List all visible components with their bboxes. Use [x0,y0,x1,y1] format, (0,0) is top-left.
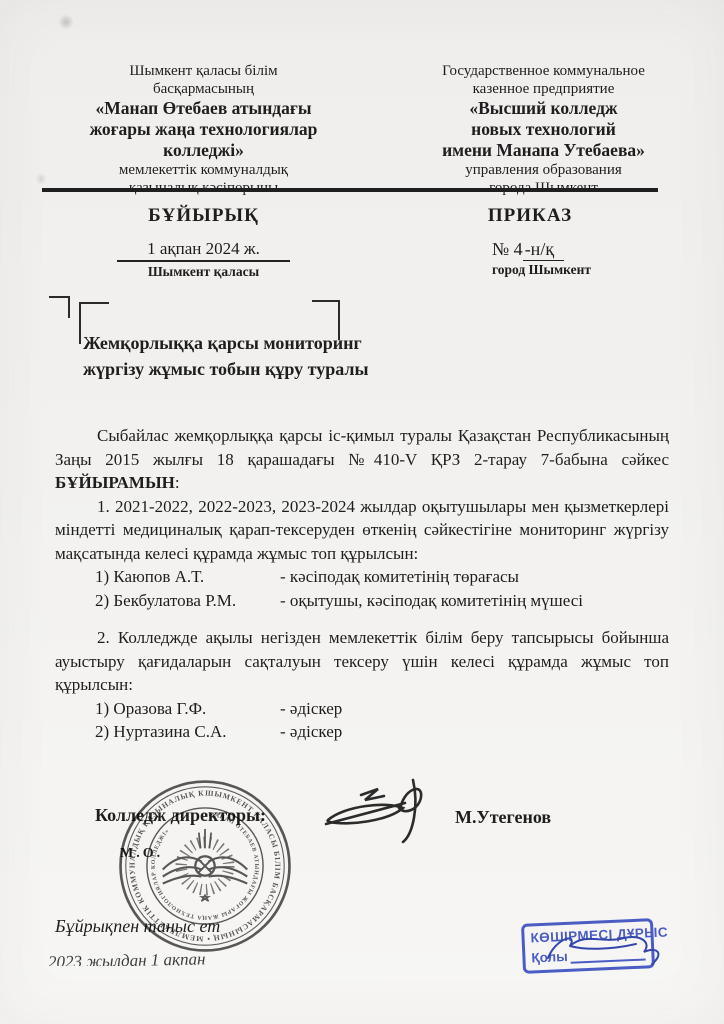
org-name-line: «Высший колледж [396,98,691,119]
org-type-line: Шымкент қаласы білім [56,62,351,80]
member-name: 1) Оразова Г.Ф. [95,697,280,721]
item-2-paragraph: 2. Колледжде ақылы негізден мемлекеттік … [55,626,669,697]
member-name: 2) Нуртазина С.А. [95,720,280,744]
order-date: 1 ақпан 2024 ж. [117,239,290,262]
org-name-line: новых технологий [396,119,691,140]
org-name-line: жоғары жаңа технологиялар [56,119,351,140]
seal-emblem-icon [163,829,247,901]
member-name: 1) Каюпов А.Т. [95,565,280,589]
intro-text: Сыбайлас жемқорлыққа қарсы іс-қимыл тура… [55,426,669,469]
member-row: 1) Оразова Г.Ф. - әдіскер [95,697,669,721]
org-name-line: «Манап Өтебаев атындағы [56,98,351,119]
member-role: - әдіскер [280,720,342,744]
org-type-line: басқармасының [56,80,351,98]
org-sub-line: управления образования [396,161,691,179]
member-role: - кәсіподақ комитетінің төрағасы [280,565,519,589]
cut-off-text: 2023 жылдан 1 ақпан [48,951,206,966]
item-1-paragraph: 1. 2021-2022, 2022-2023, 2023-2024 жылда… [55,495,669,566]
director-signature [316,768,436,850]
official-seal: ШЫМКЕНТ ҚАЛАСЫ БІЛІМ БАСҚАРМАСЫНЫҢ • МЕМ… [117,778,293,954]
member-row: 1) Каюпов А.Т. - кәсіподақ комитетінің т… [95,565,669,589]
member-role: - әдіскер [280,697,342,721]
org-type-line: казенное предприятие [396,80,691,98]
corner-mark-icon [49,296,70,318]
order-subject: Жемқорлыққа қарсы мониторинг жүргізу жұм… [83,330,388,382]
order-number: -н/қ [523,239,564,261]
order-date-block: 1 ақпан 2024 ж. Шымкент қаласы [56,239,351,280]
org-type-line: Государственное коммунальное [396,62,691,80]
cut-off-text-wrap: 2023 жылдан 1 ақпан [48,951,368,966]
scan-smudge [36,172,46,186]
header-divider-rule [42,188,658,192]
order-place-ru: город Шымкент [492,262,591,278]
order-body: Сыбайлас жемқорлыққа қарсы іс-қимыл тура… [55,424,669,744]
org-name-line: колледжі» [56,140,351,161]
org-name-line: имени Манапа Утебаева» [396,140,691,161]
member-role: - оқытушы, кәсіподақ комитетінің мүшесі [280,589,583,613]
member-row: 2) Бекбулатова Р.М. - оқытушы, кәсіподақ… [95,589,669,613]
intro-paragraph: Сыбайлас жемқорлыққа қарсы іс-қимыл тура… [55,424,669,495]
member-name: 2) Бекбулатова Р.М. [95,589,280,613]
scanned-document-page: Шымкент қаласы білім басқармасының «Мана… [0,0,724,1024]
intro-verb-bold: БҰЙЫРАМЫН [55,473,175,492]
signatory-name: М.Утегенов [455,807,551,828]
copy-stamp-signature [540,920,670,980]
order-place-kk: Шымкент қаласы [56,264,351,280]
order-word-ru: ПРИКАЗ [430,205,630,227]
scan-smudge [58,14,74,30]
order-number-block: № 4-н/қ город Шымкент [492,239,591,278]
order-word-kk: БҰЙЫРЫҚ [56,205,351,227]
member-row: 2) Нуртазина С.А. - әдіскер [95,720,669,744]
org-header-kazakh: Шымкент қаласы білім басқармасының «Мана… [56,62,351,197]
order-number-prefix: № 4 [492,239,523,259]
intro-colon: : [175,473,180,492]
org-sub-line: мемлекеттік коммуналдық [56,161,351,179]
org-header-russian: Государственное коммунальное казенное пр… [396,62,691,197]
